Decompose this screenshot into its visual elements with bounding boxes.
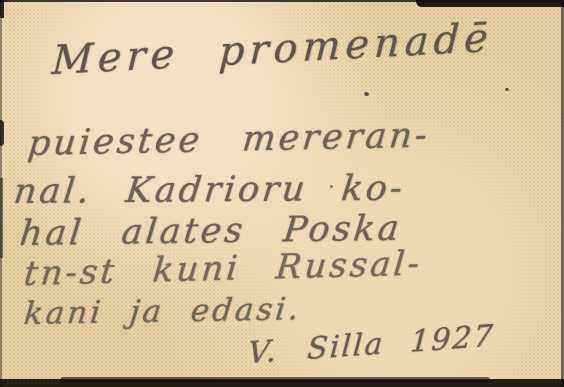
note-body-line: nal. Kadrioru ko-: [12, 169, 407, 212]
photo-edge-top-right: [416, 0, 564, 7]
photo-edge-bottom-inner: [60, 377, 490, 383]
signature-name: V. Silla: [247, 326, 386, 371]
pencil-speck: [505, 88, 509, 91]
pencil-speck: [363, 91, 369, 96]
edge-blot-top-left: [0, 0, 4, 18]
signature-year: 1927: [409, 319, 496, 360]
edge-blot-left-middle: [0, 120, 4, 146]
edge-blot-left-lower: [0, 178, 3, 258]
note-body-line: puiestee mereran-: [26, 116, 432, 165]
handwritten-note-scan: Mere promenadē puiestee mereran- nal. Ka…: [0, 0, 564, 387]
note-title-line: Mere promenadē: [51, 15, 494, 84]
note-body-line: kani ja edasi.: [22, 291, 303, 332]
